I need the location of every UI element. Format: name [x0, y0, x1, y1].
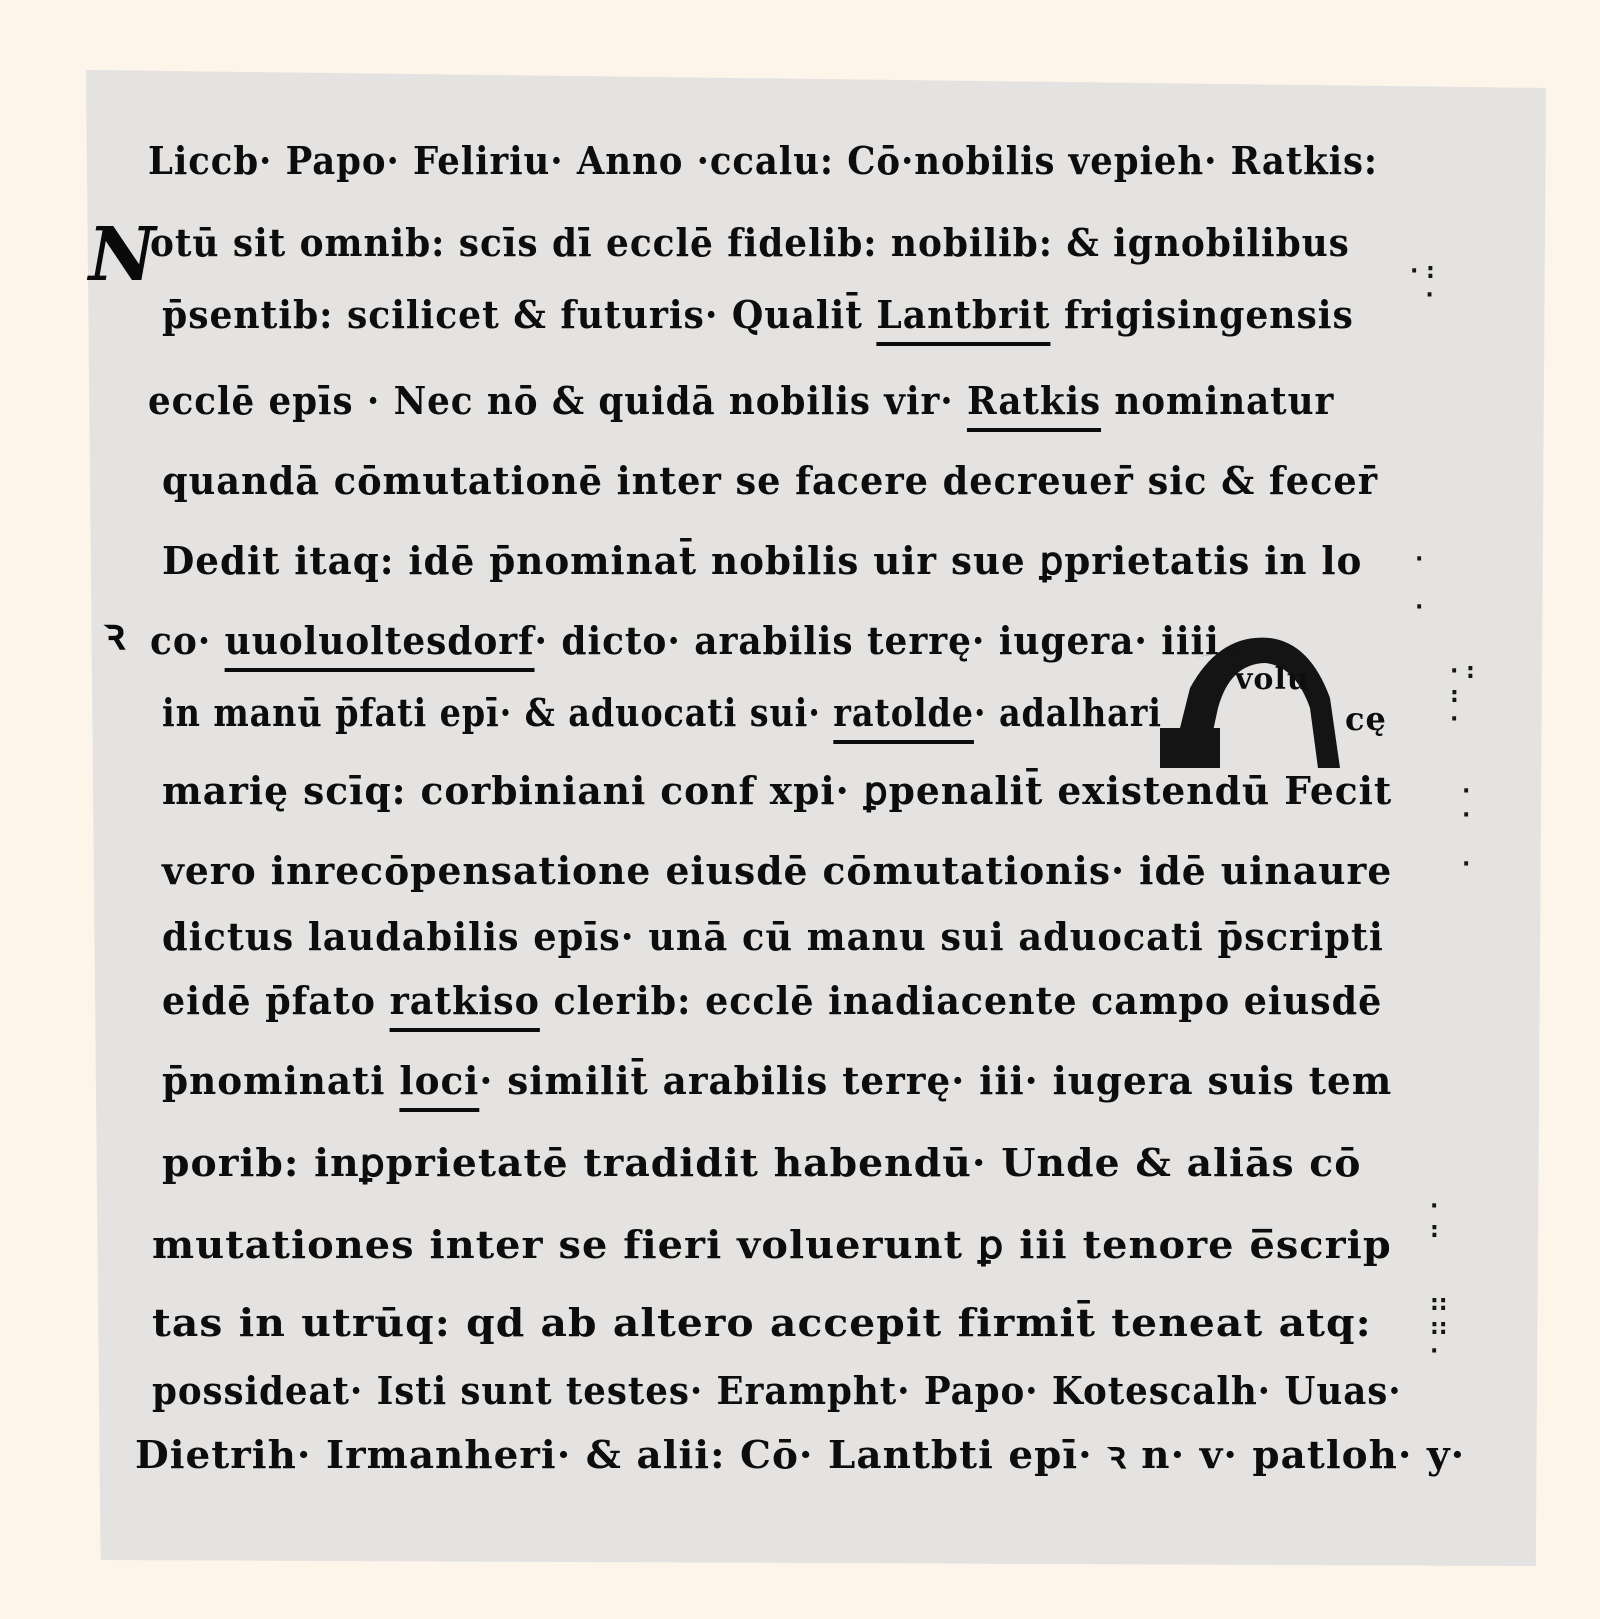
damage-fragment-text-2: cę	[1345, 700, 1387, 738]
underlined-name: uuoluoltesdorf	[225, 618, 535, 663]
manuscript-line: Dietrih· Irmanheri· & alii: Cō· Lantbti …	[135, 1428, 1465, 1480]
underlined-name: ratkiso	[390, 978, 540, 1023]
ink-damage-arch	[1160, 628, 1360, 768]
manuscript-line: in manū p̄fati epī· & aduocati sui· rato…	[162, 690, 1162, 735]
line-text: porib: inꝑprietatē tradidit habendū· Und…	[162, 1140, 1361, 1185]
ink-specks: · ::·	[1450, 660, 1475, 733]
line-text: frigisingensis	[1050, 292, 1353, 337]
line-text: otū sit omnib: scīs dī ecclē fidelib: no…	[150, 220, 1350, 265]
underlined-name: Lantbrit	[876, 292, 1050, 337]
manuscript-line: p̄sentib: scilicet & futuris· Qualit̄ La…	[162, 292, 1354, 337]
damage-fragment-text: volu	[1235, 662, 1310, 697]
manuscript-line: vero inrecōpensatione eiusdē cōmutationi…	[162, 848, 1392, 893]
manuscript-line: quandā cōmutationē inter se facere decre…	[162, 458, 1378, 503]
margin-mark: ꝛ	[104, 602, 125, 662]
underlined-name: Ratkis	[967, 378, 1101, 423]
ink-specks: · : ·	[1410, 260, 1435, 308]
manuscript-line: Dedit itaq: idē p̄nominat̄ nobilis uir s…	[162, 538, 1362, 583]
underlined-name: ratolde	[833, 690, 974, 735]
line-text: quandā cōmutationē inter se facere decre…	[162, 458, 1378, 503]
line-text: p̄sentib: scilicet & futuris· Qualit̄	[162, 292, 876, 337]
line-text: dictus laudabilis epīs· unā cū manu sui …	[162, 914, 1384, 959]
line-text: · dicto· arabilis terrę· iugera· iiii	[535, 618, 1220, 663]
manuscript-line: eidē p̄fato ratkiso clerib: ecclē inadia…	[162, 978, 1382, 1023]
line-text: Dietrih· Irmanheri· & alii: Cō· Lantbti …	[135, 1432, 1465, 1477]
line-text: eidē p̄fato	[162, 978, 390, 1023]
ink-specks: ··	[1415, 548, 1423, 621]
manuscript-line: otū sit omnib: scīs dī ecclē fidelib: no…	[150, 220, 1350, 265]
manuscript-line: mutationes inter se fieri voluerunt ꝑ ii…	[152, 1222, 1392, 1267]
manuscript-line: dictus laudabilis epīs· unā cū manu sui …	[162, 914, 1384, 959]
line-text: tas in utrūq: qd ab altero accepit firmi…	[152, 1300, 1372, 1345]
line-text: · adalhari	[974, 690, 1162, 735]
line-text: p̄nominati	[162, 1058, 399, 1103]
line-text: clerib: ecclē inadiacente campo eiusdē	[540, 978, 1382, 1023]
line-text: · similit̄ arabilis terrę· iii· iugera s…	[479, 1058, 1392, 1103]
ink-specks: ·:::::·	[1430, 1195, 1448, 1364]
line-text: Liccb· Papo· Feliriu· Anno ·ccalu: Cō·no…	[148, 138, 1378, 183]
manuscript-line: Liccb· Papo· Feliriu· Anno ·ccalu: Cō·no…	[148, 138, 1378, 183]
manuscript-line: porib: inꝑprietatē tradidit habendū· Und…	[162, 1140, 1361, 1185]
manuscript-line: co· uuoluoltesdorf· dicto· arabilis terr…	[150, 618, 1220, 663]
line-text: in manū p̄fati epī· & aduocati sui·	[162, 690, 833, 735]
line-text: co·	[150, 618, 225, 663]
ink-specks: ···	[1462, 780, 1470, 877]
underlined-name: loci	[399, 1058, 479, 1103]
line-text: nominatur	[1101, 378, 1334, 423]
line-text: possideat· Isti sunt testes· Erampht· Pa…	[152, 1368, 1402, 1413]
manuscript-line: possideat· Isti sunt testes· Erampht· Pa…	[152, 1368, 1402, 1413]
manuscript-line: p̄nominati loci· similit̄ arabilis terrę…	[162, 1058, 1392, 1103]
line-text: ecclē epīs · Nec nō & quidā nobilis vir·	[148, 378, 967, 423]
manuscript-line: tas in utrūq: qd ab altero accepit firmi…	[152, 1300, 1372, 1345]
line-text: vero inrecōpensatione eiusdē cōmutationi…	[162, 848, 1392, 893]
manuscript-line: marię scīq: corbiniani conf xpi· ꝑpenali…	[162, 768, 1392, 813]
line-text: Dedit itaq: idē p̄nominat̄ nobilis uir s…	[162, 538, 1362, 583]
line-text: mutationes inter se fieri voluerunt ꝑ ii…	[152, 1222, 1392, 1267]
manuscript-line: ecclē epīs · Nec nō & quidā nobilis vir·…	[148, 378, 1334, 423]
line-text: marię scīq: corbiniani conf xpi· ꝑpenali…	[162, 768, 1392, 813]
